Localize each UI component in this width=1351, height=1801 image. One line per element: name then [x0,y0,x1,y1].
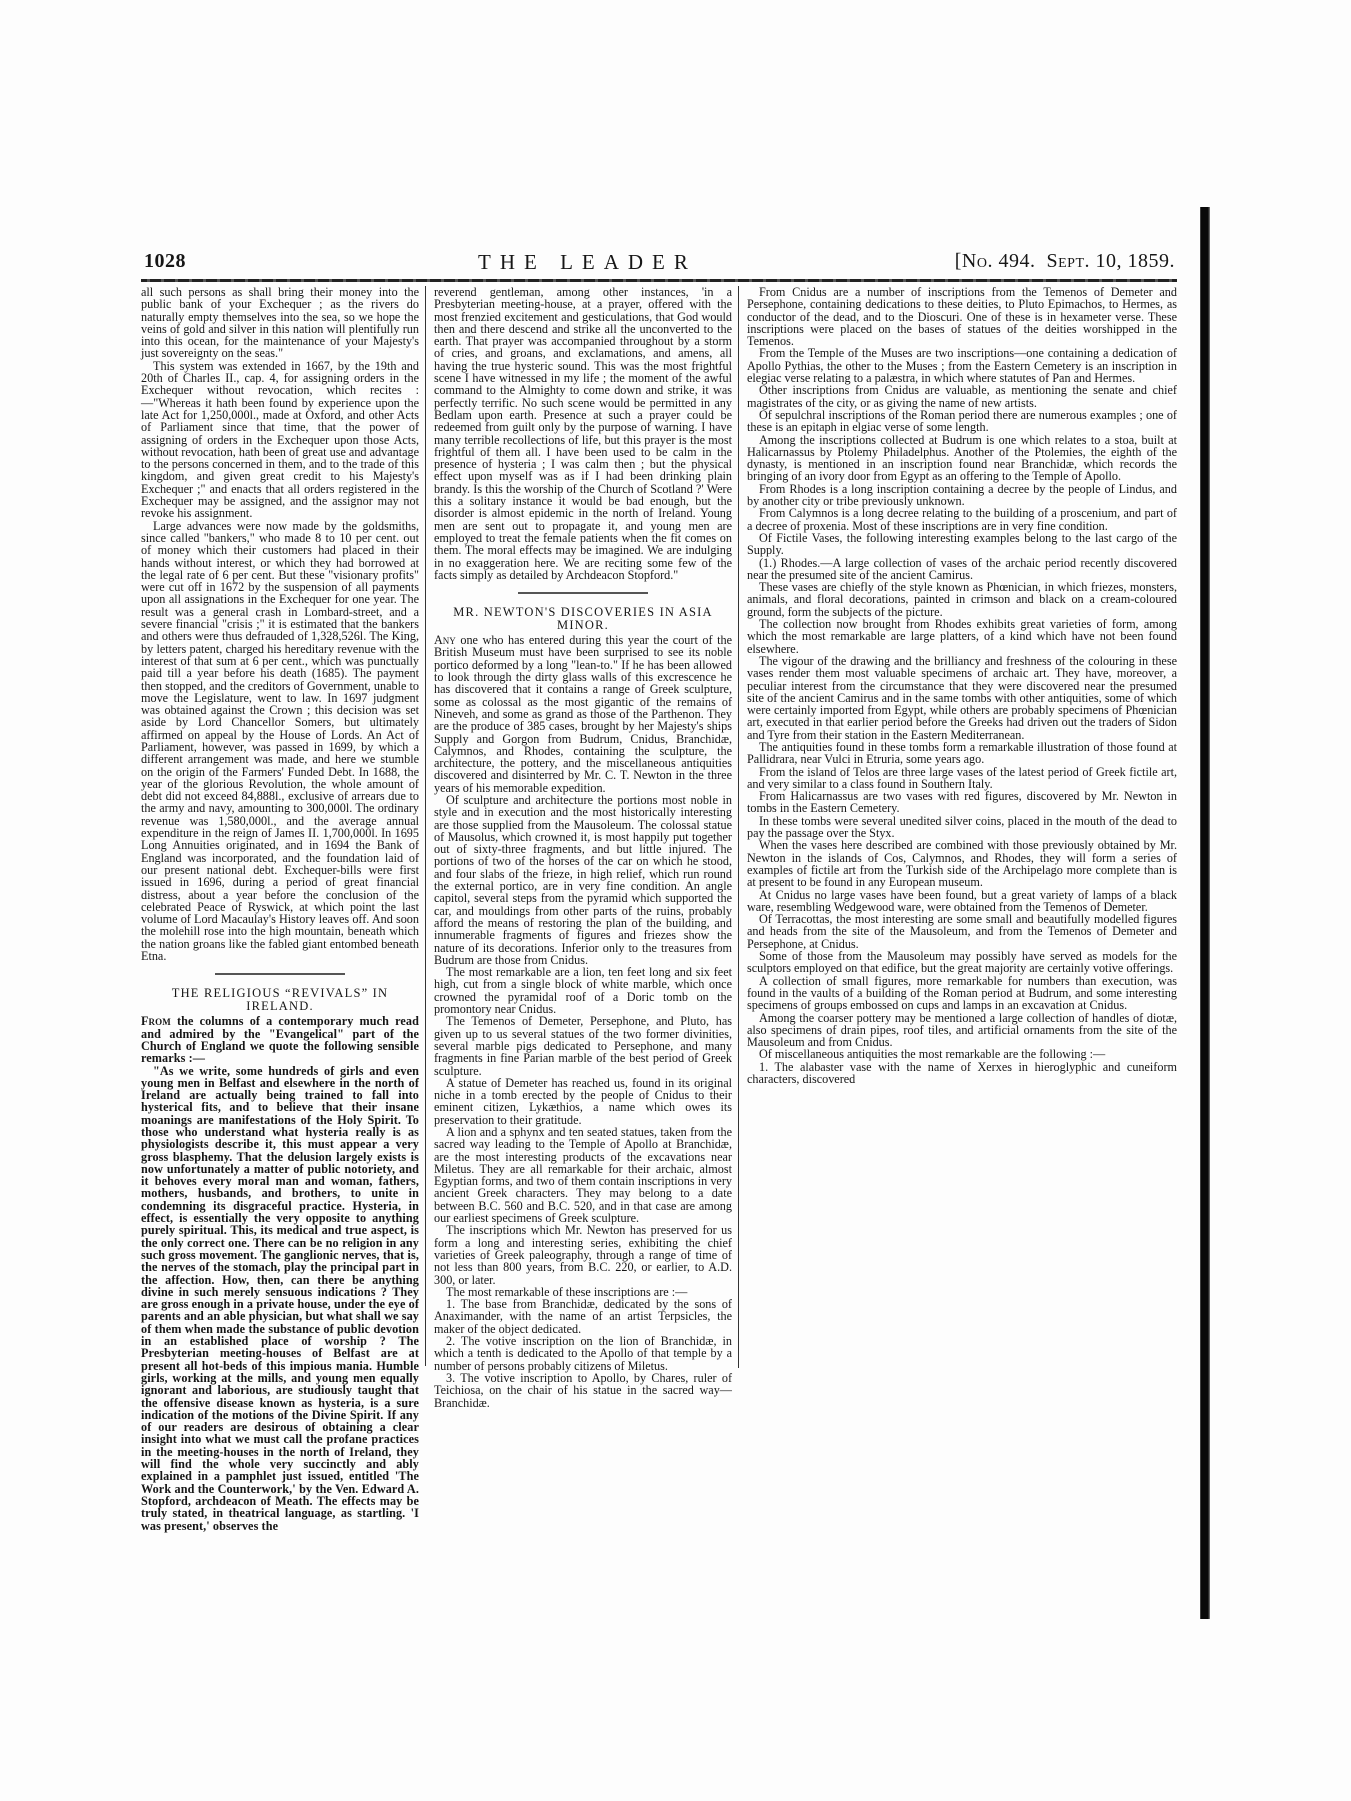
paragraph: Among the inscriptions collected at Budr… [747,434,1177,483]
newton-article: Any one who has entered during this year… [434,634,732,1409]
paragraph: A lion and a sphynx and ten seated statu… [434,1126,732,1224]
paragraph: 1. The alabaster vase with the name of X… [747,1061,1177,1086]
finance-article: all such persons as shall bring their mo… [141,286,419,962]
paragraph: In these tombs were several unedited sil… [747,815,1177,840]
paragraph: Of sculpture and architecture the portio… [434,794,732,966]
columns: all such persons as shall bring their mo… [141,286,1177,1532]
date: Sept. 10, 1859. [1046,250,1175,272]
paragraph: This system was extended in 1667, by the… [141,360,419,520]
paragraph: (1.) Rhodes.—A large collection of vases… [747,557,1177,582]
paragraph: The antiquities found in these tombs for… [747,741,1177,766]
newspaper-title: THE LEADER [478,250,697,275]
paragraph: all such persons as shall bring their mo… [141,286,419,360]
paragraph: Of miscellaneous antiquities the most re… [747,1048,1177,1060]
paragraph: A statue of Demeter has reached us, foun… [434,1077,732,1126]
paragraph: From Halicarnassus are two vases with re… [747,790,1177,815]
article-separator [215,973,345,975]
headline-newton-discoveries: MR. NEWTON'S DISCOVERIES IN ASIA MINOR. [434,606,732,632]
scan-edge-bar [1200,207,1210,1619]
paragraph: 1. The base from Branchidæ, dedicated by… [434,1298,732,1335]
lead-word: Any [434,633,460,647]
paragraph: Of Fictile Vases, the following interest… [747,532,1177,557]
paragraph: The inscriptions which Mr. Newton has pr… [434,1224,732,1285]
paragraph: 3. The votive inscription to Apollo, by … [434,1372,732,1409]
paragraph: From Rhodes is a long inscription contai… [747,483,1177,508]
newton-article-continued: From Cnidus are a number of inscriptions… [747,286,1177,1085]
lead-word: From [141,1014,177,1028]
paragraph: "As we write, some hundreds of girls and… [141,1065,419,1532]
paragraph: At Cnidus no large vases have been found… [747,889,1177,914]
paragraph: From the Temple of the Muses are two ins… [747,347,1177,384]
paragraph: A collection of small figures, more rema… [747,975,1177,1012]
paragraph: The most remarkable are a lion, ten feet… [434,966,732,1015]
newspaper-page: 1028 THE LEADER [No. 494. Sept. 10, 1859… [141,250,1177,1532]
paragraph: The Temenos of Demeter, Persephone, and … [434,1015,732,1076]
paragraph: Of sepulchral inscriptions of the Roman … [747,409,1177,434]
masthead: 1028 THE LEADER [No. 494. Sept. 10, 1859… [141,250,1177,276]
paragraph: From Calymnos is a long decree relating … [747,507,1177,532]
headline-line: IRELAND. [141,1000,419,1013]
paragraph: From the island of Telos are three large… [747,766,1177,791]
column-2: reverend gentleman, among other instance… [425,286,738,1366]
masthead-rule [141,279,1177,282]
paragraph: Among the coarser pottery may be mention… [747,1012,1177,1049]
page-number: 1028 [144,250,186,273]
paragraph: The vigour of the drawing and the brilli… [747,655,1177,741]
revivals-article: From the columns of a contemporary much … [141,1015,419,1531]
paragraph: When the vases here described are combin… [747,839,1177,888]
article-separator [518,592,648,594]
headline-line: MINOR. [434,619,732,632]
paragraph: Other inscriptions from Cnidus are valua… [747,384,1177,409]
paragraph: From the columns of a contemporary much … [141,1015,419,1064]
column-1: all such persons as shall bring their mo… [141,286,425,1532]
column-3: From Cnidus are a number of inscriptions… [738,286,1177,1368]
paragraph: The collection now brought from Rhodes e… [747,618,1177,655]
revivals-continuation: reverend gentleman, among other instance… [434,286,732,581]
paragraph: Some of those from the Mausoleum may pos… [747,950,1177,975]
issue-date: [No. 494. Sept. 10, 1859. [955,250,1175,273]
headline-religious-revivals: THE RELIGIOUS “REVIVALS” IN IRELAND. [141,987,419,1013]
issue-number: [No. 494. [955,250,1036,272]
paragraph: Of Terracottas, the most interesting are… [747,913,1177,950]
paragraph: From Cnidus are a number of inscriptions… [747,286,1177,347]
paragraph: 2. The votive inscription on the lion of… [434,1335,732,1372]
paragraph: These vases are chiefly of the style kno… [747,581,1177,618]
paragraph: Large advances were now made by the gold… [141,520,419,963]
paragraph: Any one who has entered during this year… [434,634,732,794]
